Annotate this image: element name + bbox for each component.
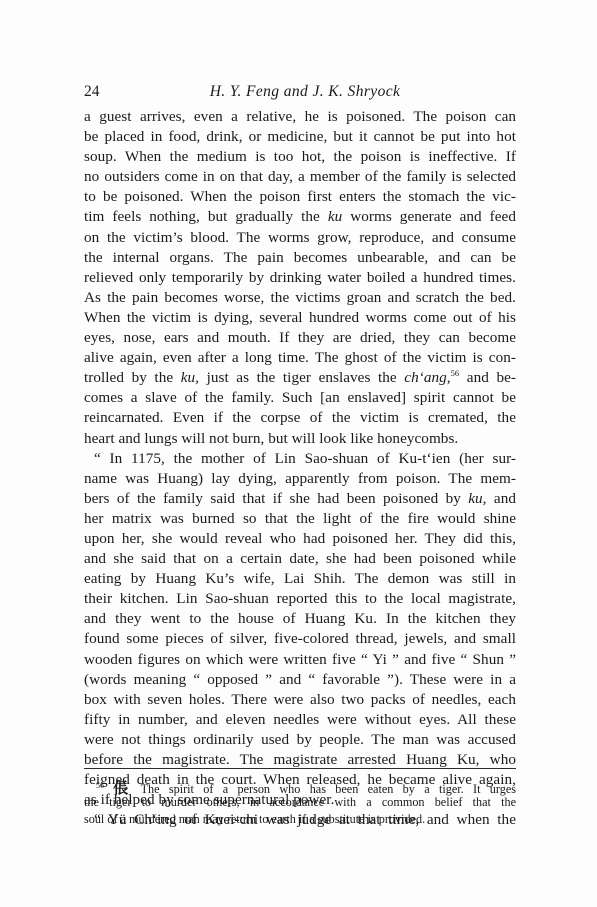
text-line: her matrix was burned so that the light … xyxy=(84,509,516,529)
text-line: their kitchen. Lin Sao-shuan reported th… xyxy=(84,589,516,609)
footnote-number: 56 xyxy=(96,781,104,790)
footnote-rule xyxy=(84,768,516,769)
text-line: box with seven holes. There were also tw… xyxy=(84,690,516,710)
text-line: wooden figures on which were written fiv… xyxy=(84,650,516,670)
text-line: fifty in number, and eleven needles were… xyxy=(84,710,516,730)
text-line: “ In 1175, the mother of Lin Sao-shuan o… xyxy=(84,449,516,469)
text-segment: bers of the family said that if she had … xyxy=(84,490,468,507)
running-title: H. Y. Feng and J. K. Shryock xyxy=(84,82,516,102)
text-line: and they went to the house of Huang Ku. … xyxy=(84,609,516,629)
text-line: As the pain becomes worse, the victims g… xyxy=(84,288,516,308)
text-segment: tim feels nothing, but gradually the xyxy=(84,208,328,225)
footnote-line: the tiger to murder others, in accordanc… xyxy=(84,794,516,811)
text-line: heart and lungs will not burn, but will … xyxy=(84,429,516,449)
italic-term: ku, xyxy=(181,369,199,386)
text-line: and she said that on a certain date, she… xyxy=(84,549,516,569)
text-line: soup. When the medium is too hot, the po… xyxy=(84,147,516,167)
text-line: relieved only temporarily by drinking wa… xyxy=(84,268,516,288)
italic-term: ku xyxy=(328,208,342,225)
text-line: a guest arrives, even a relative, he is … xyxy=(84,107,516,127)
text-line: When the victim is dying, several hundre… xyxy=(84,308,516,328)
text-line: the internal organs. The pain becomes un… xyxy=(84,248,516,268)
text-line: (words meaning “ opposed ” and “ favorab… xyxy=(84,670,516,690)
text-line: comes a slave of the family. Such [an en… xyxy=(84,388,516,408)
book-page: 24 H. Y. Feng and J. K. Shryock a guest … xyxy=(0,0,597,907)
text-line: alive again, even after a long time. The… xyxy=(84,348,516,368)
text-segment: trolled by the xyxy=(84,369,181,386)
italic-term: ch‘ang, xyxy=(404,369,450,386)
text-line: tim feels nothing, but gradually the ku … xyxy=(84,207,516,227)
text-line: eating by Huang Ku’s wife, Lai Shih. The… xyxy=(84,569,516,589)
italic-term: ku, xyxy=(468,490,486,507)
text-line: were not things ordinarily used by peopl… xyxy=(84,730,516,750)
text-segment: worms generate and feed xyxy=(342,208,516,225)
text-line: no outsiders come in on that day, a memb… xyxy=(84,167,516,187)
text-line: to be poisoned. When the poison first en… xyxy=(84,187,516,207)
text-segment: and be- xyxy=(459,369,516,386)
text-line: bers of the family said that if she had … xyxy=(84,489,516,509)
text-line: be placed in food, drink, or medicine, b… xyxy=(84,127,516,147)
text-segment: just as the tiger enslaves the xyxy=(199,369,404,386)
body-text: a guest arrives, even a relative, he is … xyxy=(84,107,516,830)
footnote-line: 56倀The spirit of a person who has been e… xyxy=(84,777,516,794)
text-line: on the victim’s blood. The worms grow, r… xyxy=(84,228,516,248)
text-line: found some pieces of silver, five-colore… xyxy=(84,629,516,649)
footnote-reference[interactable]: 56 xyxy=(451,368,460,378)
text-line: name was Huang) lay dying, apparently fr… xyxy=(84,469,516,489)
text-segment: and xyxy=(487,490,516,507)
footnote-line: soul of a murdered man may return to ear… xyxy=(84,811,516,828)
text-line: upon her, she would reveal who had poiso… xyxy=(84,529,516,549)
text-line: trolled by the ku, just as the tiger ens… xyxy=(84,368,516,388)
running-header: 24 H. Y. Feng and J. K. Shryock xyxy=(84,82,516,102)
footnotes: 56倀The spirit of a person who has been e… xyxy=(84,777,516,828)
text-line: eyes, nose, ears and mouth. If they are … xyxy=(84,328,516,348)
text-line: reincarnated. Even if the corpse of the … xyxy=(84,408,516,428)
